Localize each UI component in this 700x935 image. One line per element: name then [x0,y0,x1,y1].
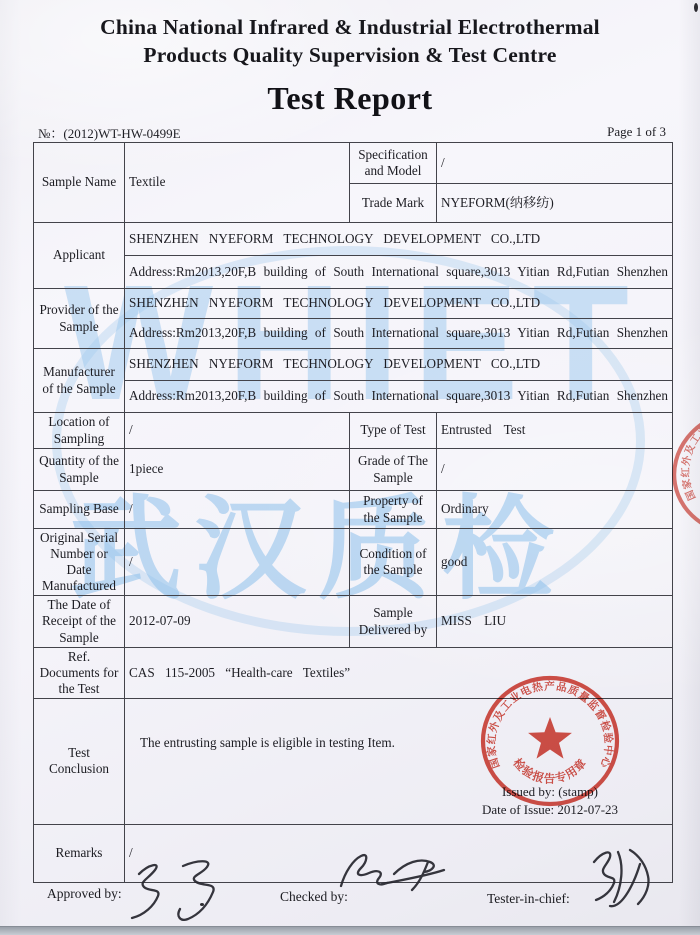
org-name-line1: China National Infrared & Industrial Ele… [0,15,700,40]
svg-text:检验报告专用章: 检验报告专用章 [510,756,589,786]
provider-company: SHENZHEN NYEFORM TECHNOLOGY DEVELOPMENT … [125,289,673,319]
applicant-address: Address:Rm2013,20F,B building of South I… [125,256,673,289]
checked-signature [341,855,444,890]
applicant-label: Applicant [34,223,125,289]
org-name-line2: Products Quality Supervision & Test Cent… [0,43,700,68]
provider-address: Address:Rm2013,20F,B building of South I… [125,319,673,349]
applicant-company: SHENZHEN NYEFORM TECHNOLOGY DEVELOPMENT … [125,223,673,256]
delivered-by-value: MISS LIU [437,596,673,647]
table-row: Sample Name Textile Specification and Mo… [34,143,673,184]
report-number-value: (2012)WT-HW-0499E [63,126,180,141]
trade-mark-value: NYEFORM(纳移纺) [437,184,673,223]
spec-model-value: / [437,143,673,184]
manufacturer-company: SHENZHEN NYEFORM TECHNOLOGY DEVELOPMENT … [125,349,673,381]
report-number-label: №： [38,126,63,141]
property-label: Property of the Sample [350,491,437,529]
type-of-test-label: Type of Test [350,413,437,449]
table-row: Original Serial Number or Date Manufactu… [34,529,673,596]
grade-label: Grade of The Sample [350,449,437,491]
table-row: Provider of the Sample SHENZHEN NYEFORM … [34,289,673,319]
condition-label: Condition of the Sample [350,529,437,596]
provider-label: Provider of the Sample [34,289,125,349]
table-row: Sampling Base / Property of the Sample O… [34,491,673,529]
original-serial-value: / [125,529,350,596]
property-value: Ordinary [437,491,673,529]
table-row: Location of Sampling / Type of Test Entr… [34,413,673,449]
sampling-base-value: / [125,491,350,529]
delivered-by-label: Sample Delivered by [350,596,437,647]
original-serial-label: Original Serial Number or Date Manufactu… [34,529,125,596]
date-receipt-value: 2012-07-09 [125,596,350,647]
partial-seal-ring-text: 国家红外及工业电热产品质量监督检验中心 [668,402,700,503]
test-conclusion-value: The entrusting sample is eligible in tes… [135,733,403,752]
approved-signature [132,861,214,920]
type-of-test-value: Entrusted Test [437,413,673,449]
manufacturer-label: Manufacturer of the Sample [34,349,125,413]
location-sampling-label: Location of Sampling [34,413,125,449]
table-row: Quantity of the Sample 1piece Grade of T… [34,449,673,491]
grade-value: / [437,449,673,491]
ref-documents-label: Ref. Documents for the Test [34,647,125,698]
red-seal-stamp: 国家红外及工业电热产品质量监督检验中心 检验报告专用章 [475,669,625,815]
condition-value: good [437,529,673,596]
table-row: Manufacturer of the Sample SHENZHEN NYEF… [34,349,673,381]
trade-mark-label: Trade Mark [350,184,437,223]
scanned-test-report-page: WHIET 武汉质检 China National Infrared & Ind… [0,0,700,935]
spec-model-label: Specification and Model [350,143,437,184]
table-row: Applicant SHENZHEN NYEFORM TECHNOLOGY DE… [34,223,673,256]
table-row: Address:Rm2013,20F,B building of South I… [34,381,673,413]
report-number: №：(2012)WT-HW-0499E [38,123,181,142]
report-title: Test Report [0,80,700,117]
table-row: The Date of Receipt of the Sample 2012-0… [34,596,673,647]
partial-red-seal: 国家红外及工业电热产品质量监督检验中心 [664,402,700,552]
quantity-label: Quantity of the Sample [34,449,125,491]
signatures-layer [0,835,700,935]
sample-name-value: Textile [125,143,350,223]
location-sampling-value: / [125,413,350,449]
sample-name-label: Sample Name [34,143,125,223]
table-row: Address:Rm2013,20F,B building of South I… [34,319,673,349]
table-row: Address:Rm2013,20F,B building of South I… [34,256,673,289]
date-receipt-label: The Date of Receipt of the Sample [34,596,125,647]
test-conclusion-label: Test Conclusion [34,698,125,824]
page-indicator: Page 1 of 3 [607,124,666,140]
manufacturer-address: Address:Rm2013,20F,B building of South I… [125,381,673,413]
seal-star-icon [528,717,572,759]
tester-signature [594,850,649,906]
scan-speck [694,3,698,12]
quantity-value: 1piece [125,449,350,491]
seal-bottom-text: 检验报告专用章 [510,756,589,786]
svg-text:国家红外及工业电热产品质量监督检验中心: 国家红外及工业电热产品质量监督检验中心 [668,402,700,503]
sampling-base-label: Sampling Base [34,491,125,529]
